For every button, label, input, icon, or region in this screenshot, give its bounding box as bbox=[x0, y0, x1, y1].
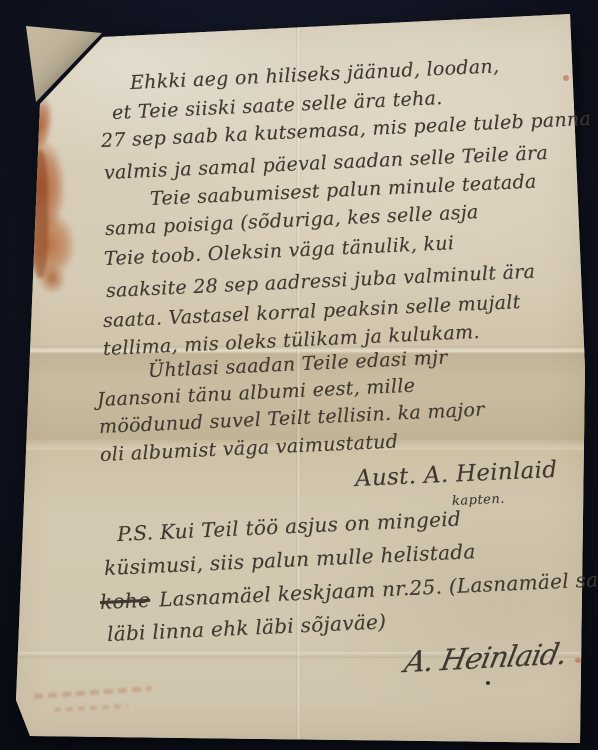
ps-line: P.S. Kui Teil töö asjus on mingeid bbox=[116, 506, 461, 546]
ps-signature: A. Heinlaid. bbox=[402, 636, 570, 679]
ps-line: läbi linna ehk läbi sõjaväe) bbox=[106, 609, 386, 646]
letter-line: Teie toob. Oleksin väga tänulik, kui bbox=[104, 232, 455, 270]
handwriting-layer: Ehkki aeg on hiliseks jäänud, loodan, et… bbox=[0, 0, 598, 750]
letter-photo: Ehkki aeg on hiliseks jäänud, loodan, et… bbox=[0, 0, 598, 750]
letter-line: Ehkki aeg on hiliseks jäänud, loodan, bbox=[130, 55, 500, 94]
signature-name: Aust. A. Heinlaid bbox=[354, 457, 557, 492]
struck-word: kohe bbox=[99, 588, 150, 614]
ps-line: küsimusi, siis palun mulle helistada bbox=[103, 539, 476, 580]
